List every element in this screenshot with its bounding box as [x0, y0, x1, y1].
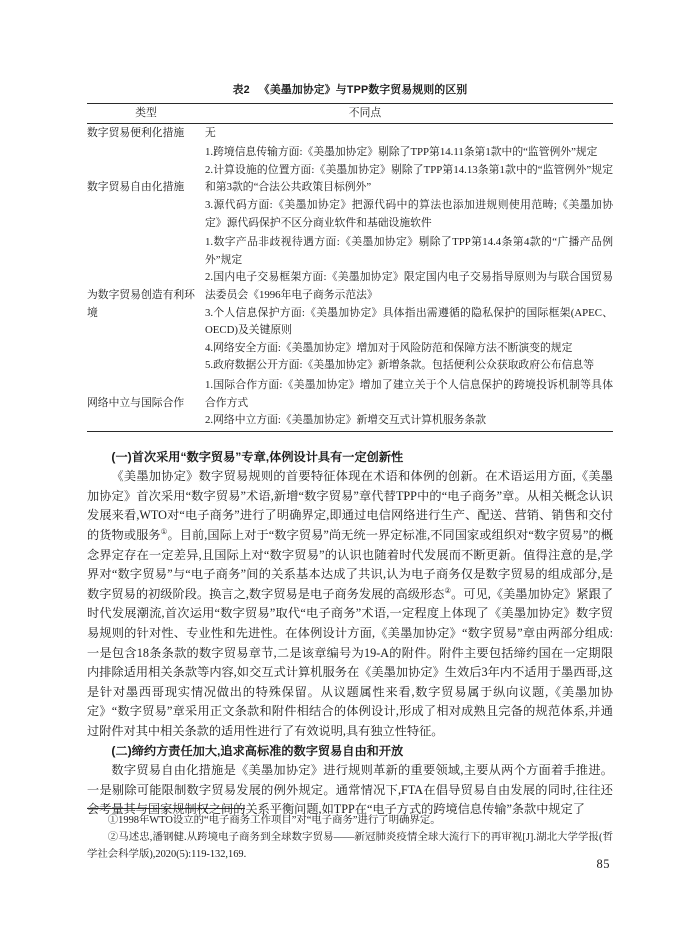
- diff-item: 1.数字产品非歧视待遇方面:《美墨加协定》剔除了TPP第14.4条第4款的“广播…: [205, 234, 613, 269]
- table-row: 数字贸易自由化措施1.跨境信息传输方面:《美墨加协定》剔除了TPP第14.11条…: [87, 143, 613, 233]
- row-category-label: 为数字贸易创造有利环境: [87, 234, 205, 375]
- table-row: 数字贸易便利化措施无: [87, 124, 613, 144]
- page-content: 表2《美墨加协定》与TPP数字贸易规则的区别 类型 不同点 数字贸易便利化措施无…: [87, 84, 613, 820]
- table-header-row: 类型 不同点: [87, 104, 613, 124]
- article-body: (一)首次采用“数字贸易”专章,体例设计具有一定创新性《美墨加协定》数字贸易规则…: [87, 448, 613, 820]
- diff-item: 5.政府数据公开方面:《美墨加协定》新增条款。包括便利公众获取政府公布信息等: [205, 357, 613, 375]
- row-category-label: 数字贸易便利化措施: [87, 125, 205, 143]
- table-body: 数字贸易便利化措施无数字贸易自由化措施1.跨境信息传输方面:《美墨加协定》剔除了…: [87, 124, 613, 431]
- body-paragraph: 《美墨加协定》数字贸易规则的首要特征体现在术语和体例的创新。在术语运用方面,《美…: [87, 467, 613, 741]
- table-caption: 表2《美墨加协定》与TPP数字贸易规则的区别: [87, 84, 613, 97]
- diff-item: 1.跨境信息传输方面:《美墨加协定》剔除了TPP第14.11条第1款中的“监管例…: [205, 144, 613, 162]
- diff-item: 3.个人信息保护方面:《美墨加协定》具体指出需遵循的隐私保护的国际框架(APEC…: [205, 305, 613, 340]
- diff-item: 2.网络中立方面:《美墨加协定》新增交互式计算机服务条款: [205, 412, 613, 430]
- section-heading: (一)首次采用“数字贸易”专章,体例设计具有一定创新性: [87, 448, 613, 468]
- row-category-label: 网络中立与国际合作: [87, 377, 205, 430]
- table-row: 为数字贸易创造有利环境1.数字产品非歧视待遇方面:《美墨加协定》剔除了TPP第1…: [87, 233, 613, 376]
- page-number: 85: [597, 857, 611, 872]
- table-caption-title: 《美墨加协定》与TPP数字贸易规则的区别: [259, 84, 468, 96]
- footnotes: ①1998年WTO设立的“电子商务工作项目”对“电子商务”进行了明确界定。②马述…: [87, 808, 613, 863]
- footnote-ref: ②: [444, 586, 451, 595]
- diff-item: 1.国际合作方面:《美墨加协定》增加了建立关于个人信息保护的跨境投诉机制等具体合…: [205, 377, 613, 412]
- table-row: 网络中立与国际合作1.国际合作方面:《美墨加协定》增加了建立关于个人信息保护的跨…: [87, 376, 613, 431]
- diff-item: 2.国内电子交易框架方面:《美墨加协定》限定国内电子交易指导原则为与联合国贸易法…: [205, 269, 613, 304]
- row-category-label: 数字贸易自由化措施: [87, 144, 205, 232]
- diff-item: 3.源代码方面:《美墨加协定》把源代码中的算法也添加进规则使用范畴;《美墨加协定…: [205, 197, 613, 232]
- footnote-divider: [87, 808, 245, 809]
- diff-item: 无: [205, 125, 613, 143]
- table-caption-label: 表2: [233, 84, 250, 96]
- diff-item: 2.计算设施的位置方面:《美墨加协定》剔除了TPP第14.13条第1款中的“监管…: [205, 162, 613, 197]
- row-diff-items: 1.跨境信息传输方面:《美墨加协定》剔除了TPP第14.11条第1款中的“监管例…: [205, 144, 613, 232]
- row-diff-items: 1.数字产品非歧视待遇方面:《美墨加协定》剔除了TPP第14.4条第4款的“广播…: [205, 234, 613, 375]
- diff-item: 4.网络安全方面:《美墨加协定》增加对于风险防范和保障方法不断演变的规定: [205, 340, 613, 358]
- table-header-type: 类型: [87, 105, 205, 123]
- footnote: ②马述忠,潘钢健.从跨境电子商务到全球数字贸易——新冠肺炎疫情全球大流行下的再审…: [87, 830, 613, 864]
- table-header-diff: 不同点: [205, 105, 613, 123]
- document-page: 表2《美墨加协定》与TPP数字贸易规则的区别 类型 不同点 数字贸易便利化措施无…: [0, 0, 700, 943]
- comparison-table: 类型 不同点 数字贸易便利化措施无数字贸易自由化措施1.跨境信息传输方面:《美墨…: [87, 103, 613, 432]
- footnote-ref: ①: [161, 527, 168, 536]
- row-diff-items: 无: [205, 125, 613, 143]
- footnote-list: ①1998年WTO设立的“电子商务工作项目”对“电子商务”进行了明确界定。②马述…: [87, 813, 613, 863]
- footnote: ①1998年WTO设立的“电子商务工作项目”对“电子商务”进行了明确界定。: [87, 813, 613, 830]
- row-diff-items: 1.国际合作方面:《美墨加协定》增加了建立关于个人信息保护的跨境投诉机制等具体合…: [205, 377, 613, 430]
- section-heading: (二)缔约方责任加大,追求高标准的数字贸易自由和开放: [87, 742, 613, 762]
